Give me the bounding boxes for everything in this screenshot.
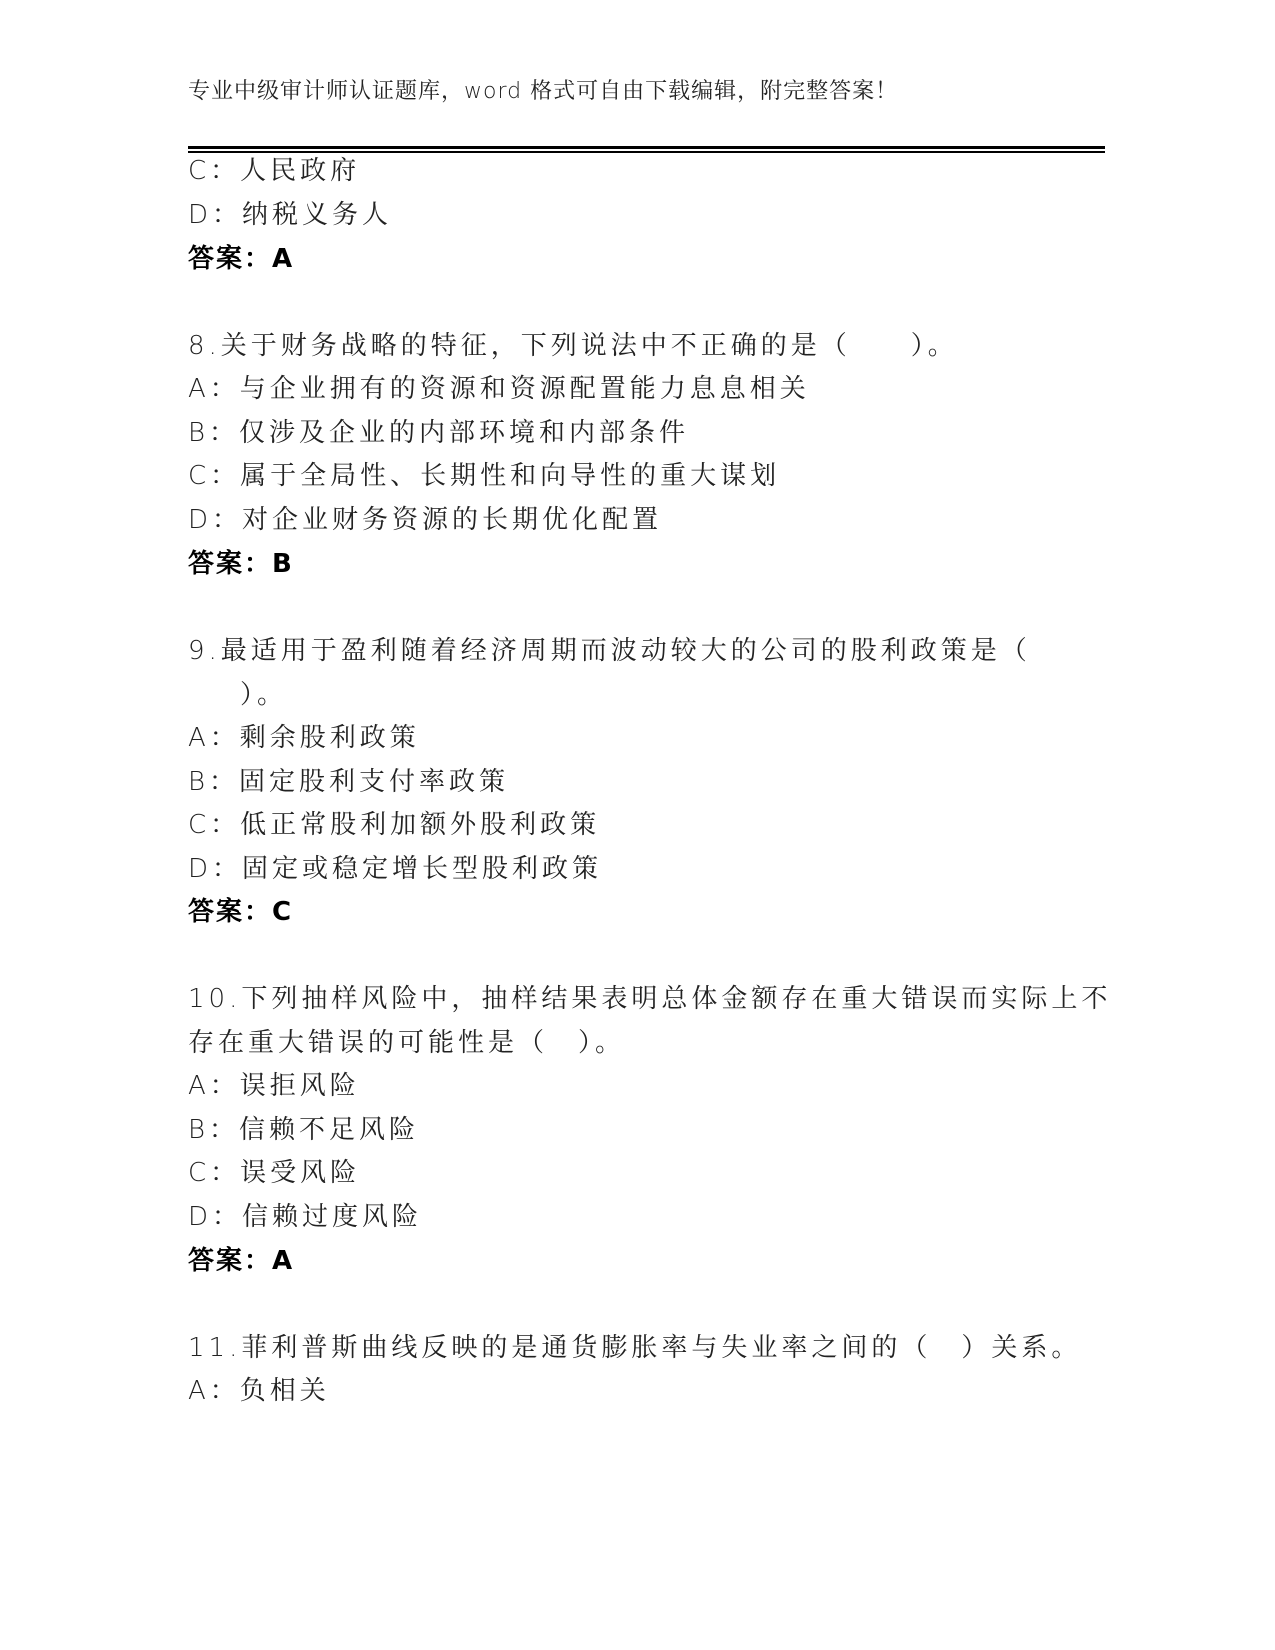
q9-stem-line2: ）。	[240, 679, 287, 711]
q8-option-d: D：对企业财务资源的长期优化配置	[188, 504, 662, 536]
q11-option-a: A：负相关	[188, 1375, 330, 1407]
q9-option-b: B：固定股利支付率政策	[188, 766, 509, 798]
q8-answer: 答案：B	[188, 548, 294, 580]
q8-option-a: A：与企业拥有的资源和资源配置能力息息相关	[188, 373, 810, 405]
q11-stem: 11.菲利普斯曲线反映的是通货膨胀率与失业率之间的（ ）关系。	[188, 1332, 1081, 1364]
q9-option-d: D：固定或稳定增长型股利政策	[188, 853, 602, 885]
q8-option-b: B：仅涉及企业的内部环境和内部条件	[188, 417, 689, 449]
q9-option-a: A：剩余股利政策	[188, 722, 420, 754]
q10-option-b: B：信赖不足风险	[188, 1114, 419, 1146]
q7-answer: 答案：A	[188, 243, 294, 275]
q10-option-c: C：误受风险	[188, 1157, 360, 1189]
q10-answer: 答案：A	[188, 1245, 294, 1277]
q10-option-d: D：信赖过度风险	[188, 1201, 422, 1233]
header-double-rule	[188, 146, 1105, 153]
document-page: 专业中级审计师认证题库，word 格式可自由下载编辑，附完整答案！ C：人民政府…	[0, 0, 1275, 1650]
q8-stem: 8.关于财务战略的特征，下列说法中不正确的是（ ）。	[188, 330, 958, 362]
q10-stem-line1: 10.下列抽样风险中，抽样结果表明总体金额存在重大错误而实际上不	[188, 983, 1111, 1015]
q9-answer: 答案：C	[188, 896, 293, 928]
page-header: 专业中级审计师认证题库，word 格式可自由下载编辑，附完整答案！	[188, 74, 898, 105]
q10-option-a: A：误拒风险	[188, 1070, 360, 1102]
q7-option-d: D：纳税义务人	[188, 199, 392, 231]
q7-option-c: C：人民政府	[188, 155, 360, 187]
q9-option-c: C：低正常股利加额外股利政策	[188, 809, 600, 841]
q10-stem-line2: 存在重大错误的可能性是（ ）。	[188, 1027, 625, 1059]
q8-option-c: C：属于全局性、长期性和向导性的重大谋划	[188, 460, 780, 492]
q9-stem-line1: 9.最适用于盈利随着经济周期而波动较大的公司的股利政策是（	[188, 635, 1031, 667]
